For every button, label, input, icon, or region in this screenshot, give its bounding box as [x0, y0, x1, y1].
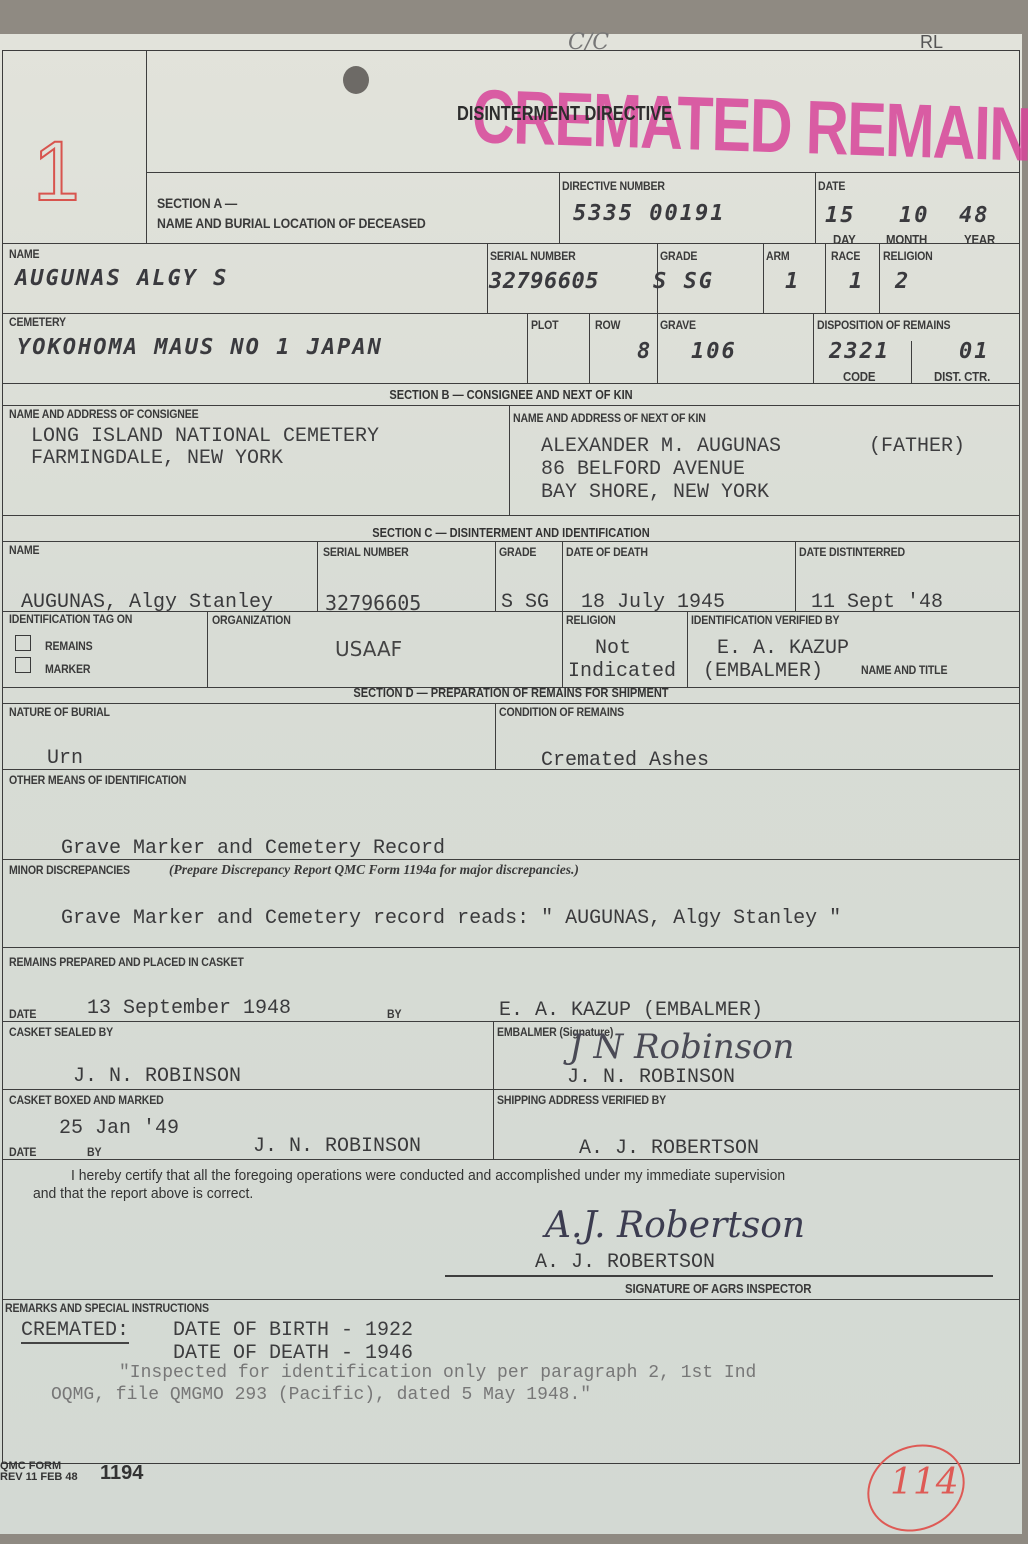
nature-of-burial-value: Urn — [47, 747, 83, 770]
minor-discrepancies-note: (Prepare Discrepancy Report QMC Form 119… — [169, 862, 579, 878]
serial-number-value: 32796605 — [489, 269, 599, 294]
name-label: NAME — [9, 247, 39, 261]
dist-ctr-label: DIST. CTR. — [934, 369, 990, 384]
next-of-kin-line-2: 86 BELFORD AVENUE — [541, 458, 745, 481]
consignee-line-1: LONG ISLAND NATIONAL CEMETERY — [31, 425, 379, 448]
marker-option-label: MARKER — [45, 662, 90, 676]
date-label: DATE — [818, 179, 845, 193]
next-of-kin-line-1: ALEXANDER M. AUGUNAS — [541, 435, 781, 458]
religion-value: 2 — [895, 269, 910, 294]
next-of-kin-relation: (FATHER) — [869, 435, 965, 458]
id-tag-label: IDENTIFICATION TAG ON — [9, 612, 132, 626]
verified-by-label: IDENTIFICATION VERIFIED BY — [691, 613, 839, 627]
prepared-date-value: 13 September 1948 — [87, 997, 291, 1020]
nature-of-burial-label: NATURE OF BURIAL — [9, 705, 110, 719]
form-title: DISINTERMENT DIRECTIVE — [457, 103, 672, 126]
c-religion-line-2: Indicated — [568, 660, 676, 683]
name-value: AUGUNAS ALGY S — [15, 266, 228, 291]
code-label: CODE — [843, 369, 875, 384]
cremated-remains-stamp: CREMATED REMAINS — [471, 73, 1028, 180]
row-label: ROW — [595, 318, 620, 332]
verified-by-title: (EMBALMER) — [703, 660, 823, 683]
row-value: 8 — [637, 339, 652, 364]
dist-ctr-value: 01 — [959, 339, 990, 364]
remains-option-label: REMAINS — [45, 639, 92, 653]
remarks-label: REMARKS AND SPECIAL INSTRUCTIONS — [5, 1301, 209, 1315]
name-and-title-label: NAME AND TITLE — [861, 663, 947, 677]
condition-label: CONDITION OF REMAINS — [499, 705, 624, 719]
form-number: 1194 — [100, 1462, 143, 1485]
other-means-label: OTHER MEANS OF IDENTIFICATION — [9, 773, 186, 787]
marker-checkbox[interactable] — [15, 657, 31, 673]
next-of-kin-line-3: BAY SHORE, NEW YORK — [541, 481, 769, 504]
race-label: RACE — [831, 249, 860, 263]
next-of-kin-label: NAME AND ADDRESS OF NEXT OF KIN — [513, 411, 706, 425]
date-day-label: DAY — [833, 232, 856, 247]
c-religion-line-1: Not — [595, 637, 631, 660]
religion-label: RELIGION — [883, 249, 933, 263]
certification-line-2: and that the report above is correct. — [33, 1185, 253, 1202]
copy-number: 1 — [33, 123, 80, 220]
disposition-code-value: 2321 — [829, 339, 890, 364]
remarks-inspection-line-1: "Inspected for identification only per p… — [119, 1363, 756, 1383]
embalmer-typed-name: J. N. ROBINSON — [567, 1066, 735, 1089]
race-value: 1 — [849, 269, 864, 294]
directive-number-label: DIRECTIVE NUMBER — [562, 179, 665, 193]
disposition-label: DISPOSITION OF REMAINS — [817, 318, 950, 332]
inspector-signature: A.J. Robertson — [545, 1205, 805, 1246]
prepared-by-value: E. A. KAZUP (EMBALMER) — [499, 999, 763, 1022]
arm-label: ARM — [766, 249, 790, 263]
signature-line — [445, 1275, 993, 1277]
form-footer-line-2: REV 11 FEB 48 — [0, 1472, 78, 1483]
date-year-label: YEAR — [964, 232, 995, 247]
embalmer-signature: J N Robinson — [569, 1027, 794, 1067]
c-grade-label: GRADE — [499, 545, 536, 559]
casket-boxed-label: CASKET BOXED AND MARKED — [9, 1093, 164, 1107]
directive-number-value: 5335 00191 — [573, 201, 725, 226]
date-year: 48 — [959, 203, 990, 228]
casket-boxed-date: 25 Jan '49 — [59, 1117, 179, 1140]
casket-boxed-by-label: BY — [87, 1145, 101, 1159]
circled-page-number: 114 — [890, 1462, 959, 1503]
cemetery-value: YOKOHOMA MAUS NO 1 JAPAN — [17, 335, 383, 360]
date-disinterred-label: DATE DISTINTERRED — [799, 545, 905, 559]
casket-boxed-by: J. N. ROBINSON — [253, 1135, 421, 1158]
organization-value: USAAF — [335, 637, 402, 661]
prepared-label: REMAINS PREPARED AND PLACED IN CASKET — [9, 955, 244, 969]
organization-label: ORGANIZATION — [212, 613, 291, 627]
serial-number-label: SERIAL NUMBER — [490, 249, 576, 263]
c-serial-label: SERIAL NUMBER — [323, 545, 409, 559]
consignee-line-2: FARMINGDALE, NEW YORK — [31, 447, 283, 470]
disinterment-directive-form: 1 CREMATED REMAINS DISINTERMENT DIRECTIV… — [2, 50, 1020, 1464]
cemetery-label: CEMETERY — [9, 315, 66, 329]
casket-boxed-date-label: DATE — [9, 1145, 36, 1159]
grade-label: GRADE — [660, 249, 697, 263]
shipping-verified-value: A. J. ROBERTSON — [579, 1137, 759, 1160]
remarks-death-line: DATE OF DEATH - 1946 — [173, 1342, 413, 1365]
c-name-label: NAME — [9, 543, 39, 557]
grave-value: 106 — [691, 339, 737, 364]
arm-value: 1 — [785, 269, 800, 294]
verified-by-name: E. A. KAZUP — [717, 637, 849, 660]
section-a-heading: SECTION A — — [157, 195, 237, 211]
prepared-by-label: BY — [387, 1007, 401, 1021]
casket-sealed-value: J. N. ROBINSON — [73, 1065, 241, 1088]
section-b-heading: SECTION B — CONSIGNEE AND NEXT OF KIN — [79, 387, 943, 402]
remains-checkbox[interactable] — [15, 635, 31, 651]
other-means-value: Grave Marker and Cemetery Record — [61, 837, 445, 860]
remarks-inspection-line-2: OQMG, file QMGMO 293 (Pacific), dated 5 … — [51, 1385, 591, 1405]
prepared-date-label: DATE — [9, 1007, 36, 1021]
grade-value: S SG — [653, 269, 714, 294]
shipping-verified-label: SHIPPING ADDRESS VERIFIED BY — [497, 1093, 666, 1107]
section-c-heading: SECTION C — DISINTERMENT AND IDENTIFICAT… — [79, 525, 943, 540]
section-d-heading: SECTION D — PREPARATION OF REMAINS FOR S… — [79, 685, 943, 700]
hole-punch — [343, 66, 369, 94]
minor-discrepancies-label: MINOR DISCREPANCIES — [9, 863, 130, 877]
consignee-label: NAME AND ADDRESS OF CONSIGNEE — [9, 407, 198, 421]
date-month-label: MONTH — [886, 232, 927, 247]
certification-line-1: I hereby certify that all the foregoing … — [71, 1167, 785, 1184]
date-of-death-label: DATE OF DEATH — [566, 545, 648, 559]
date-month: 10 — [899, 203, 930, 228]
remarks-cremated-label: CREMATED: — [21, 1319, 129, 1344]
plot-label: PLOT — [531, 318, 558, 332]
inspector-typed-name: A. J. ROBERTSON — [535, 1251, 715, 1274]
section-a-subheading: NAME AND BURIAL LOCATION OF DECEASED — [157, 215, 426, 231]
remarks-birth-line: DATE OF BIRTH - 1922 — [173, 1319, 413, 1342]
date-day: 15 — [825, 203, 856, 228]
grave-label: GRAVE — [660, 318, 696, 332]
minor-discrepancies-value: Grave Marker and Cemetery record reads: … — [61, 907, 841, 930]
inspector-label: SIGNATURE OF AGRS INSPECTOR — [625, 1281, 811, 1296]
c-religion-label: RELIGION — [566, 613, 616, 627]
casket-sealed-label: CASKET SEALED BY — [9, 1025, 113, 1039]
